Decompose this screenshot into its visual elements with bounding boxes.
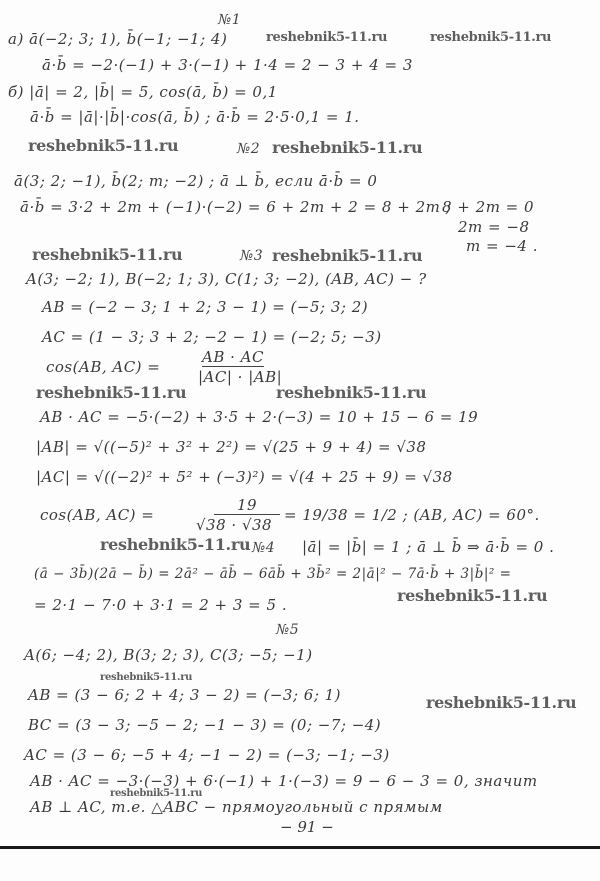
p5-line-5: AB · AC = −3·(−3) + 6·(−1) + 1·(−3) = 9 …: [30, 772, 538, 790]
p5-line-2: AB = (3 − 6; 2 + 4; 3 − 2) = (−3; 6; 1): [28, 686, 341, 704]
watermark: reshebnik5-11.ru: [28, 136, 178, 155]
problem-3-label: №3: [240, 248, 263, 264]
watermark: reshebnik5-11.ru: [100, 535, 250, 554]
p3-line-7: AB · AC = −5·(−2) + 3·5 + 2·(−3) = 10 + …: [40, 408, 478, 426]
problem-2-label: №2: [237, 141, 260, 157]
p5-line-6: AB ⊥ AC, т.е. △ABC − прямоугольный с пря…: [30, 798, 443, 816]
p5-line-3: BC = (3 − 3; −5 − 2; −1 − 3) = (0; −7; −…: [28, 716, 381, 734]
p3-fraction2-num: 19: [214, 496, 280, 515]
watermark: reshebnik5-11.ru: [36, 383, 186, 402]
problem-4-label: №4: [252, 540, 275, 556]
p5-line-4: AC = (3 − 6; −5 + 4; −1 − 2) = (−3; −1; …: [24, 746, 390, 764]
watermark: reshebnik5-11.ru: [397, 586, 547, 605]
p1-line-2: ā·b̄ = −2·(−1) + 3·(−1) + 1·4 = 2 − 3 + …: [42, 56, 413, 74]
p2-line-5: m = −4 .: [466, 237, 538, 255]
p3-line-3: AC = (1 − 3; 3 + 2; −2 − 1) = (−2; 5; −3…: [42, 328, 382, 346]
p3-line-1: A(3; −2; 1), B(−2; 1; 3), C(1; 3; −2), (…: [26, 270, 427, 288]
p1-line-4: ā·b̄ = |ā|·|b̄|·cos(ā, b̄) ; ā·b̄ = 2·5·…: [30, 108, 360, 126]
p1-line-1: а) ā(−2; 3; 1), b̄(−1; −1; 4): [8, 30, 227, 48]
scanned-solution-page: №1 а) ā(−2; 3; 1), b̄(−1; −1; 4) ā·b̄ = …: [0, 0, 600, 881]
watermark: reshebnik5-11.ru: [272, 138, 422, 157]
problem-1-label: №1: [218, 12, 241, 28]
watermark: reshebnik5-11.ru: [272, 246, 422, 265]
p3-line-9: |AC| = √((−2)² + 5² + (−3)²) = √(4 + 25 …: [36, 468, 453, 486]
watermark: reshebnik5-11.ru: [266, 30, 387, 45]
p4-line-1: |ā| = |b̄| = 1 ; ā ⊥ b̄ ⇒ ā·b̄ = 0 .: [302, 538, 554, 556]
problem-5-label: №5: [276, 622, 299, 638]
scan-edge-line: [0, 846, 600, 849]
p3-line-4: cos(AB, AC) =: [46, 358, 160, 376]
p4-line-2: (ā − 3b̄)(2ā − b̄) = 2ā² − āb̄ − 6āb̄ + …: [34, 566, 511, 582]
watermark: reshebnik5-11.ru: [100, 672, 192, 683]
p3-line-13: = 19/38 = 1/2 ; (AB, AC) = 60°.: [284, 506, 540, 524]
watermark: reshebnik5-11.ru: [426, 693, 576, 712]
watermark: reshebnik5-11.ru: [430, 30, 551, 45]
p2-line-2: ā·b̄ = 3·2 + 2m + (−1)·(−2) = 6 + 2m + 2…: [20, 198, 451, 216]
p5-line-1: A(6; −4; 2), B(3; 2; 3), C(3; −5; −1): [24, 646, 313, 664]
p2-line-3: 8 + 2m = 0: [442, 198, 534, 216]
p4-line-3: = 2·1 − 7·0 + 3·1 = 2 + 3 = 5 .: [34, 596, 287, 614]
p3-fraction-den: |AC| · |AB|: [198, 368, 282, 386]
p3-fraction-num: AB · AC: [202, 348, 264, 367]
watermark: reshebnik5-11.ru: [32, 245, 182, 264]
p2-line-1: ā(3; 2; −1), b̄(2; m; −2) ; ā ⊥ b̄, если…: [14, 172, 377, 190]
page-number: − 91 −: [280, 818, 334, 836]
watermark: reshebnik5-11.ru: [276, 383, 426, 402]
p1-line-3: б) |ā| = 2, |b̄| = 5, cos(ā, b̄) = 0,1: [8, 83, 278, 101]
p3-line-10: cos(AB, AC) =: [40, 506, 154, 524]
p3-line-8: |AB| = √((−5)² + 3² + 2²) = √(25 + 9 + 4…: [36, 438, 426, 456]
p2-line-4: 2m = −8: [458, 218, 529, 236]
p3-fraction2-den: √38 · √38: [196, 516, 272, 534]
p3-line-2: AB = (−2 − 3; 1 + 2; 3 − 1) = (−5; 3; 2): [42, 298, 368, 316]
